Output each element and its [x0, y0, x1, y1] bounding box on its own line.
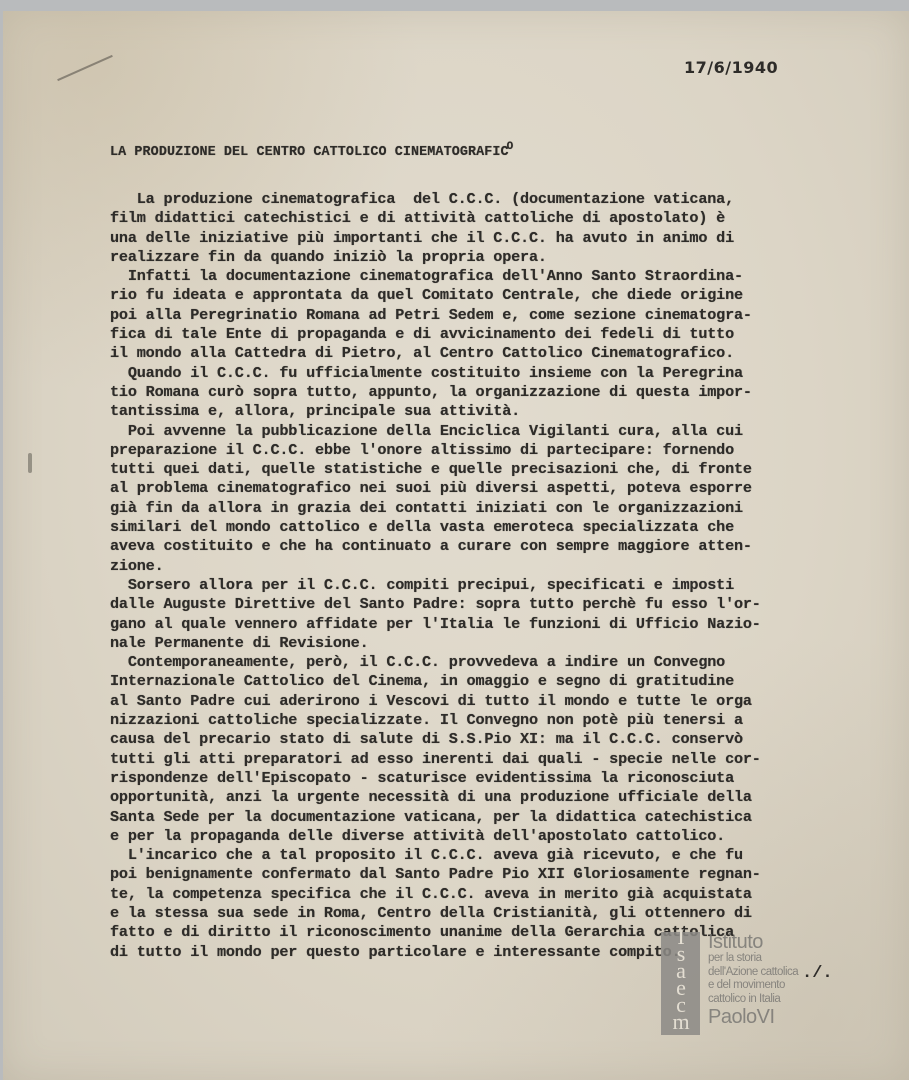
body-line: Poi avvenne la pubblicazione della Encic… — [110, 422, 890, 441]
title-text: LA PRODUZIONE DEL CENTRO CATTOLICO CINEM… — [110, 145, 509, 160]
title-typo-correction: O — [507, 141, 514, 153]
logo-name: Istituto — [708, 932, 798, 952]
body-line: fica di tale Ente di propaganda e di avv… — [110, 325, 890, 344]
body-line: Quando il C.C.C. fu ufficialmente costit… — [110, 364, 890, 383]
body-line: Infatti la documentazione cinematografic… — [110, 267, 890, 286]
body-line: rispondenze dell'Episcopato - scaturisce… — [110, 769, 890, 788]
body-line: Santa Sede per la documentazione vatican… — [110, 808, 890, 827]
body-line: al problema cinematografico nei suoi più… — [110, 479, 890, 498]
document-title: LA PRODUZIONE DEL CENTRO CATTOLICO CINEM… — [110, 145, 513, 160]
logo-subtitle-line: dell'Azione cattolica — [708, 966, 798, 980]
body-line: già fin da allora in grazia dei contatti… — [110, 499, 890, 518]
body-line: Contemporaneamente, però, il C.C.C. prov… — [110, 653, 890, 672]
body-line: tutti quei dati, quelle statistiche e qu… — [110, 460, 890, 479]
body-line: rio fu ideata e approntata da quel Comit… — [110, 286, 890, 305]
body-line: similari del mondo cattolico e della vas… — [110, 518, 890, 537]
logo-subtitle-line: per la storia — [708, 952, 798, 966]
body-line: opportunità, anzi la urgente necessità d… — [110, 788, 890, 807]
document-body: La produzione cinematografica del C.C.C.… — [110, 190, 890, 962]
body-line: nizzazioni cattoliche specializzate. Il … — [110, 711, 890, 730]
body-line: causa del precario stato di salute di S.… — [110, 730, 890, 749]
logo-subtitle-line: e del movimento — [708, 979, 798, 993]
body-line: preparazione il C.C.C. ebbe l'onore alti… — [110, 441, 890, 460]
body-line: e la stessa sua sede in Roma, Centro del… — [110, 904, 890, 923]
monogram-letter: m — [663, 1013, 699, 1030]
body-line: e per la propaganda delle diverse attivi… — [110, 827, 890, 846]
logo-footer: PaoloVI — [708, 1006, 798, 1028]
logo-monogram-block: I s a e c m — [661, 932, 700, 1035]
isacem-watermark-logo: I s a e c m Istituto per la storia dell'… — [661, 932, 861, 1042]
continuation-mark: ./. — [802, 964, 833, 983]
body-line: al Santo Padre cui aderirono i Vescovi d… — [110, 692, 890, 711]
body-line: una delle iniziative più importanti che … — [110, 229, 890, 248]
body-line: tio Romana curò sopra tutto, appunto, la… — [110, 383, 890, 402]
body-line: tutti gli atti preparatori ad esso inere… — [110, 750, 890, 769]
document-date: 17/6/1940 — [684, 58, 778, 77]
body-line: La produzione cinematografica del C.C.C.… — [110, 190, 890, 209]
body-line: poi benignamente confermato dal Santo Pa… — [110, 865, 890, 884]
body-line: Internazionale Cattolico del Cinema, in … — [110, 672, 890, 691]
body-line: film didattici catechistici e di attivit… — [110, 209, 890, 228]
body-line: gano al quale vennero affidate per l'Ita… — [110, 615, 890, 634]
body-line: zione. — [110, 557, 890, 576]
body-line: Sorsero allora per il C.C.C. compiti pre… — [110, 576, 890, 595]
body-line: te, la competenza specifica che il C.C.C… — [110, 885, 890, 904]
body-line: il mondo alla Cattedra di Pietro, al Cen… — [110, 344, 890, 363]
logo-subtitle-line: cattolico in Italia — [708, 993, 798, 1007]
body-line: dalle Auguste Direttive del Santo Padre:… — [110, 595, 890, 614]
logo-monogram: I s a e c m — [663, 928, 699, 1030]
body-line: aveva costituito e che ha continuato a c… — [110, 537, 890, 556]
body-line: L'incarico che a tal proposito il C.C.C.… — [110, 846, 890, 865]
body-line: tantissima e, allora, principale sua att… — [110, 402, 890, 421]
logo-wordmark: Istituto per la storia dell'Azione catto… — [708, 932, 798, 1028]
body-line: nale Permanente di Revisione. — [110, 634, 890, 653]
body-line: poi alla Peregrinatio Romana ad Petri Se… — [110, 306, 890, 325]
body-line: realizzare fin da quando iniziò la propr… — [110, 248, 890, 267]
ink-blot — [28, 453, 32, 473]
